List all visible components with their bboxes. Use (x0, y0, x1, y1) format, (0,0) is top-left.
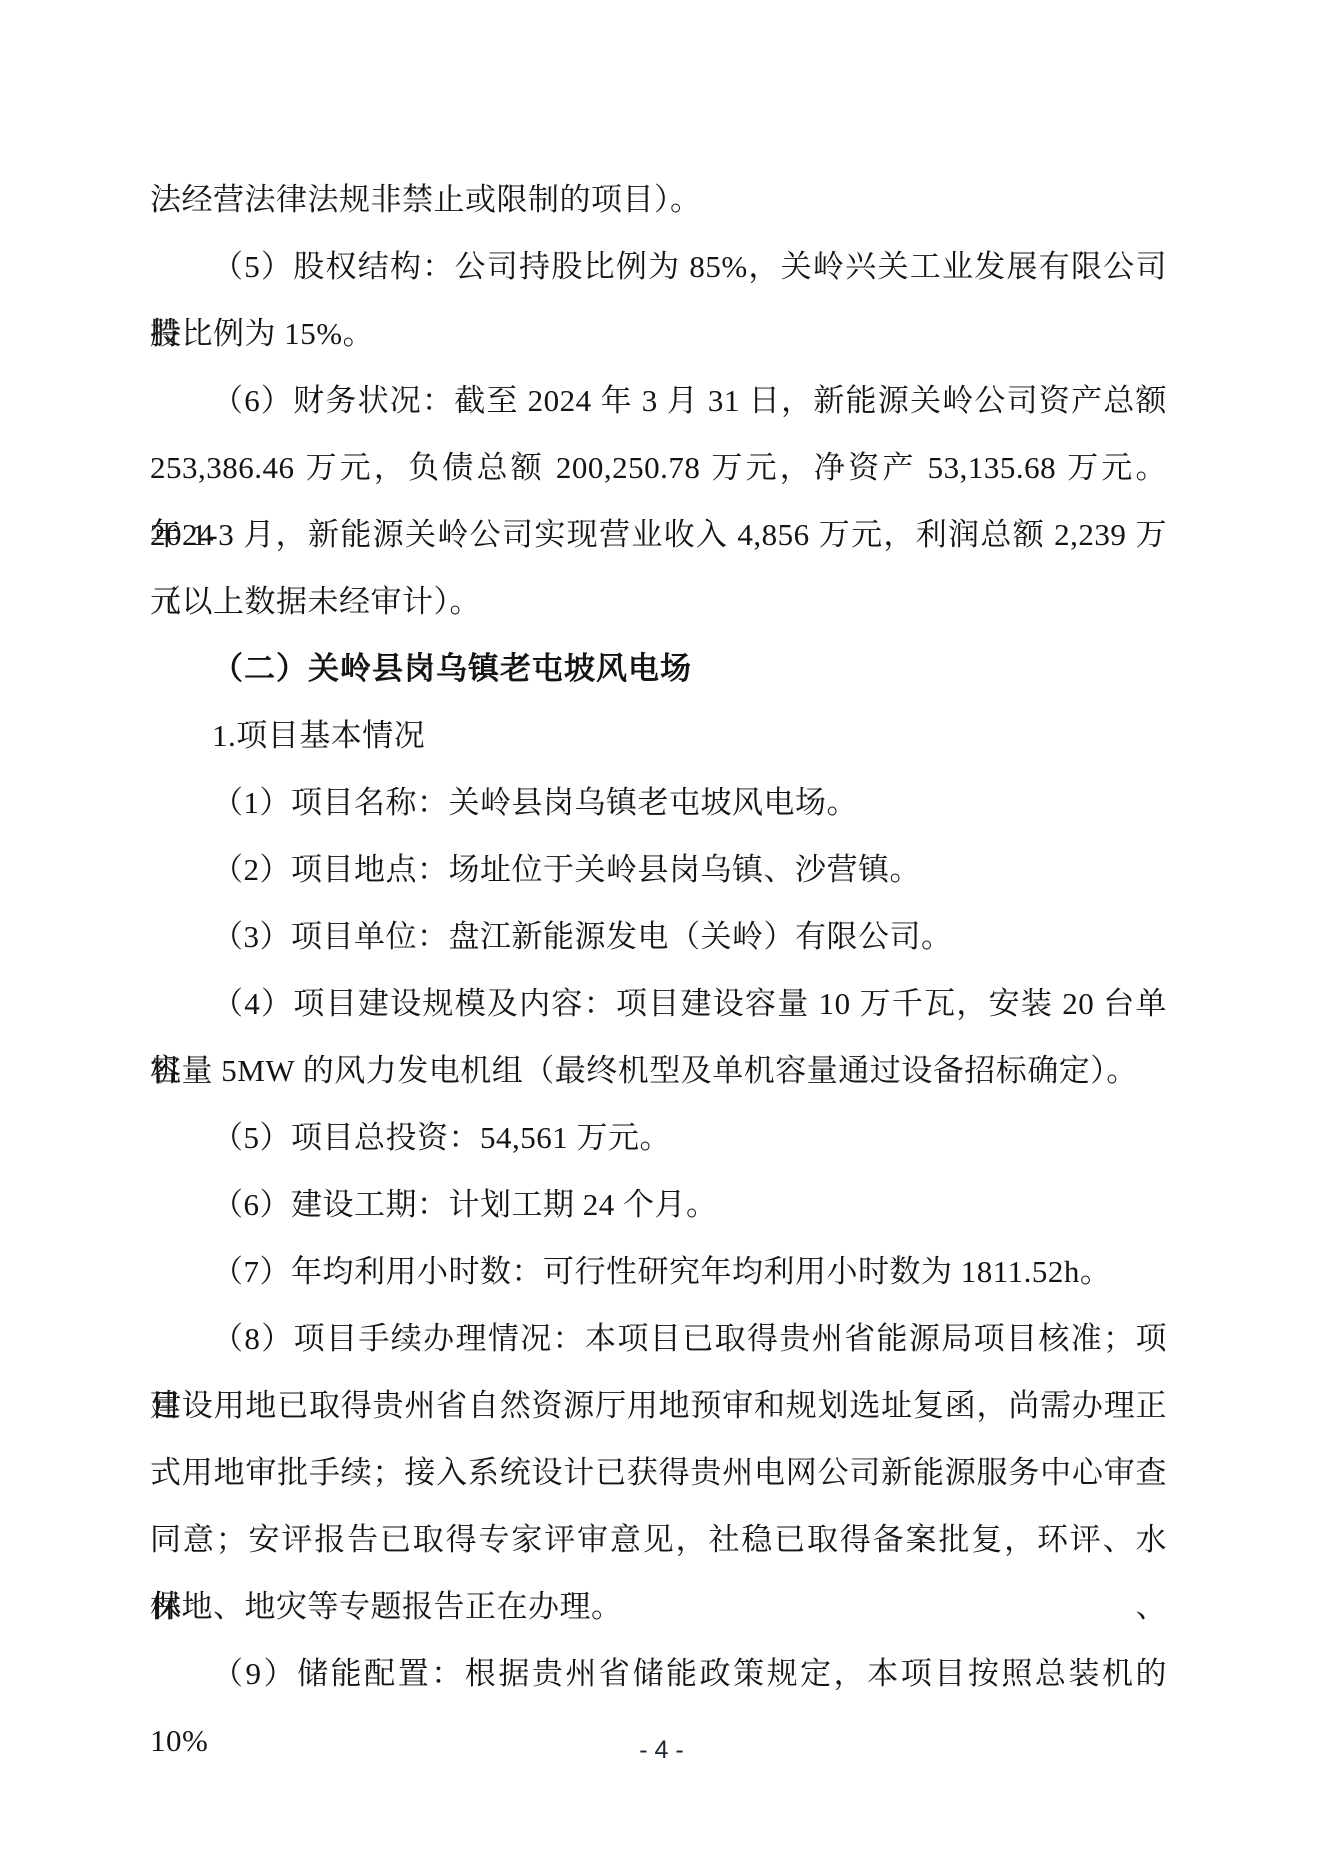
document-line: （以上数据未经审计）。 (150, 568, 1167, 635)
document-line: （7）年均利用小时数：可行性研究年均利用小时数为 1811.52h。 (150, 1238, 1167, 1305)
document-line: 式用地审批手续；接入系统设计已获得贵州电网公司新能源服务中心审查 (150, 1439, 1167, 1506)
document-line: 年 1-3 月，新能源关岭公司实现营业收入 4,856 万元，利润总额 2,23… (150, 501, 1167, 568)
document-line: 同意；安评报告已取得专家评审意见，社稳已取得备案批复，环评、水保、 (150, 1506, 1167, 1573)
page-number: - 4 - (0, 1736, 1323, 1765)
document-line: 建设用地已取得贵州省自然资源厅用地预审和规划选址复函，尚需办理正 (150, 1372, 1167, 1439)
document-line: （5）股权结构：公司持股比例为 85%，关岭兴关工业发展有限公司持 (150, 233, 1167, 300)
document-line: （6）财务状况：截至 2024 年 3 月 31 日，新能源关岭公司资产总额 (150, 367, 1167, 434)
document-line: （1）项目名称：关岭县岗乌镇老屯坡风电场。 (150, 769, 1167, 836)
document-line: （4）项目建设规模及内容：项目建设容量 10 万千瓦，安装 20 台单机 (150, 970, 1167, 1037)
document-line: （3）项目单位：盘江新能源发电（关岭）有限公司。 (150, 903, 1167, 970)
document-line: 容量 5MW 的风力发电机组（最终机型及单机容量通过设备招标确定）。 (150, 1037, 1167, 1104)
document-line: 股比例为 15%。 (150, 300, 1167, 367)
document-line: （6）建设工期：计划工期 24 个月。 (150, 1171, 1167, 1238)
document-line: 法经营法律法规非禁止或限制的项目）。 (150, 166, 1167, 233)
document-line: （5）项目总投资：54,561 万元。 (150, 1104, 1167, 1171)
document-page: 法经营法律法规非禁止或限制的项目）。（5）股权结构：公司持股比例为 85%，关岭… (0, 0, 1323, 1871)
document-body: 法经营法律法规非禁止或限制的项目）。（5）股权结构：公司持股比例为 85%，关岭… (150, 166, 1167, 1707)
document-line: （8）项目手续办理情况：本项目已取得贵州省能源局项目核准；项目 (150, 1305, 1167, 1372)
document-line: （2）项目地点：场址位于关岭县岗乌镇、沙营镇。 (150, 836, 1167, 903)
document-line: 253,386.46 万元，负债总额 200,250.78 万元，净资产 53,… (150, 434, 1167, 501)
section-heading: （二）关岭县岗乌镇老屯坡风电场 (150, 635, 1167, 702)
document-line: （9）储能配置：根据贵州省储能政策规定，本项目按照总装机的 10% (150, 1640, 1167, 1707)
document-line: 1.项目基本情况 (150, 702, 1167, 769)
